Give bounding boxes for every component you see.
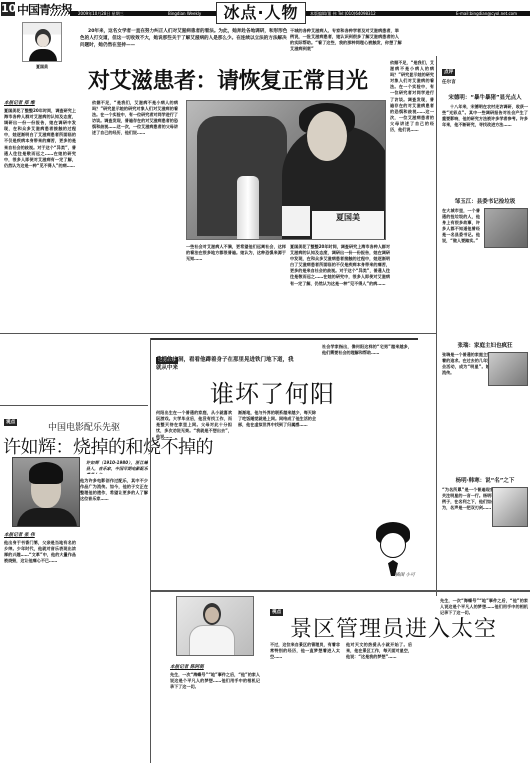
editor-email[interactable]: E-mail:bingdian@cyol.net.com (456, 11, 517, 16)
left-column-divider (150, 338, 151, 763)
sidebar-body-1: 十八年来，宋德明在农村走访调研，收获一些“光彩点”。其中一些调研报告对社会产生了… (442, 104, 528, 194)
jingqu-body-col1: 先生，一次“海蝶号”“地”事件之后，“他”的家人说这是个平凡人的梦想……他们用手… (170, 672, 260, 762)
xu-col-2: 他为许多电影创作过配乐，其中不少作品广为流传。如今，他的子女正在整理他的遗作，希… (80, 478, 148, 758)
heyang-body-col2: 渐渐地，他与外界的联系越来越少，每天除了吃饭睡觉就是上网。网络成了他生活的全部，… (238, 410, 316, 582)
lead-body-col2: 依据不足，“是我们，艾滋病不是小病人的病吗？”研究显示她的研究对象人们对艾滋病的… (92, 100, 178, 328)
jingqu-body-col4: 先生，一次“海蝶号”“地”事件之后，“他”的家人说这是个平凡人的梦想……他们用手… (440, 598, 528, 760)
lead-bottom-rule (0, 333, 436, 334)
photo-nameplate: 夏国美 (312, 211, 384, 239)
jingqu-col-1: 本报记者 陈阿萌 先生，一次“海蝶号”“地”事件之后，“他”的家人说这是个平凡人… (170, 664, 260, 762)
subject-portrait (22, 22, 62, 62)
cartoon-credit: 插图 小可 (395, 572, 415, 578)
sidebar-top: 点评 任尔言 宋德明：“暴牛暴猪”显光点人 十八年来，宋德明在农村走访调研，收获… (442, 58, 528, 288)
sidebar-author: 任尔言 (442, 79, 528, 85)
sidebar-third: 张瑞：家庭主妇也疯狂 张瑞是一个普通的家庭主妇，她对于生活有着执着的追求。在过去… (442, 338, 528, 599)
lead-intro-right: 干城的各种艾滋病人、专家和各种学者及对艾滋病患者，举例说，一批艾滋病患者，她认识… (290, 28, 402, 52)
xu-kicker: 中国电影配乐先驱 (48, 420, 120, 433)
xu-top-rule (0, 405, 148, 406)
sidebar-headline-3: 张瑞：家庭主妇也疯狂 (442, 341, 528, 349)
xu-body-col2: 他为许多电影创作过配乐，其中不少作品广为流传。如今，他的子女正在整理他的遗作，希… (80, 478, 148, 758)
xu-portrait (12, 457, 80, 527)
lead-body-col3: 一些社会对艾滋病人不满，更希望他们远离社会，这样的看法在很多地方都很普遍。她认为… (186, 244, 286, 328)
xu-body-col1: 他出身于书香门第，父亲是当地有名的乡绅。少年时代，他就对音乐表现出浓厚的兴趣……… (4, 540, 76, 762)
lead-col-2: 依据不足，“是我们，艾滋病不是小病人的病吗？”研究显示她的研究对象人们对艾滋病的… (92, 100, 178, 328)
lead-body-col1: 夏国美花了整整20年时间，调查研究上海市各种人群对艾滋病的认知及态度，调研出一份… (4, 108, 76, 330)
page-number: 10 (1, 2, 15, 16)
decorative-hatch (50, 10, 68, 16)
sidebar-headline-4: 杨明·韩寒：说“名”之下 (442, 476, 528, 484)
sidebar-photo-4 (492, 487, 528, 527)
xu-headline: 许如辉：烧掉的和烧不掉的 (3, 433, 213, 459)
lead-byline: 本报记者 郑 维 (4, 100, 76, 106)
jingqu-tag: 视点 (270, 609, 283, 616)
sidebar-headline-2: 邹玉江：县委书记捡垃圾 (442, 197, 528, 205)
lead-col-3: 一些社会对艾滋病人不满，更希望他们远离社会，这样的看法在很多地方都很普遍。她认为… (186, 244, 286, 328)
issue-date: 2009年10月28日 星期三 (78, 11, 124, 16)
portrait-caption: 夏国美 (22, 64, 62, 70)
masthead-bar-right: 本版编辑/董 伟 Tel:(010)64098312 E-mail:bingdi… (306, 11, 530, 16)
heyang-body-col3: 社会学家指出，像何阳这样的“宅男”越来越多，他们需要社会的理解和帮助…… (322, 344, 412, 484)
xu-tag: 观点 (4, 419, 17, 426)
sidebar-photo-3 (488, 352, 528, 386)
lead-body-col5: 依据不足，“是我们，艾滋病不是小病人的病吗？”研究显示她的研究对象人们对艾滋病的… (390, 60, 434, 328)
sidebar-headline-1: 宋德明：“暴牛暴猪”显光点人 (442, 93, 528, 101)
jingqu-photo (176, 596, 254, 656)
jingqu-top-rule (150, 590, 530, 592)
jingqu-body-col2: 不过，这位来自景区的管理员，有着非常特别的经历，他一直梦想着进入太空…… (270, 642, 340, 760)
lead-intro: 20年来，这名女学者一直在努力纠正人们对艾滋病患者的看法。为此，她奔赴各地调研，… (80, 28, 290, 49)
sidebar-divider (436, 56, 437, 596)
lead-body-col4: 夏国美花了整整20年时间，调查研究上海市各种人群对艾滋病的认知及态度，调研出一份… (290, 244, 390, 328)
weekly-name: Bingdian Weekly (168, 11, 201, 16)
sidebar-photo-2 (484, 208, 528, 248)
heyang-headline: 谁坏了何阳 (210, 374, 335, 409)
xu-col-1: 本报记者 张 伟 他出身于书香门第，父亲是当地有名的乡绅。少年时代，他就对音乐表… (4, 532, 76, 762)
editor-line: 本版编辑/董 伟 Tel:(010)64098312 (310, 11, 376, 16)
section-title: 冰点·人物 (216, 2, 306, 24)
xu-byline: 本报记者 张 伟 (4, 532, 76, 538)
lead-headline: 对艾滋患者：请恢复正常目光 (88, 64, 418, 95)
heyang-lede: 我抓他出洞，看看他蹲着身子在那里晃进铁门地下道，我就从中来 (156, 356, 296, 372)
lead-col-5: 依据不足，“是我们，艾滋病不是小病人的病吗？”研究显示她的研究对象人们对艾滋病的… (390, 60, 434, 328)
lead-col-1: 本报记者 郑 维 夏国美花了整整20年时间，调查研究上海市各种人群对艾滋病的认知… (4, 100, 76, 330)
xu-tag-wrap: 观点 (4, 408, 17, 427)
masthead-bar-left: 2009年10月28日 星期三 Bingdian Weekly (70, 11, 216, 16)
sidebar-tag: 点评 (442, 69, 455, 76)
xu-caption: 许如辉（1910-1980），浙江嵊县人，音乐家，中国早期电影配乐奠基人之一 (86, 460, 148, 474)
jingqu-tag-wrap: 视点 (270, 598, 283, 617)
jingqu-body-col3: 他对天文的热爱从小就开始了。后来，他在景区工作，每天面对星空，他说：“这是我的梦… (346, 642, 412, 760)
sidebar-body-2: 在大城市里，一个普通的捡垃圾的人，他身上有很多故事，许多人都不知道他曾经是一名县… (442, 208, 480, 288)
lead-photo: 夏国美 (186, 100, 386, 240)
lead-col-4: 夏国美花了整整20年时间，调查研究上海市各种人群对艾滋病的认知及态度，调研出一份… (290, 244, 390, 328)
jingqu-byline: 本报记者 陈阿萌 (170, 664, 260, 670)
